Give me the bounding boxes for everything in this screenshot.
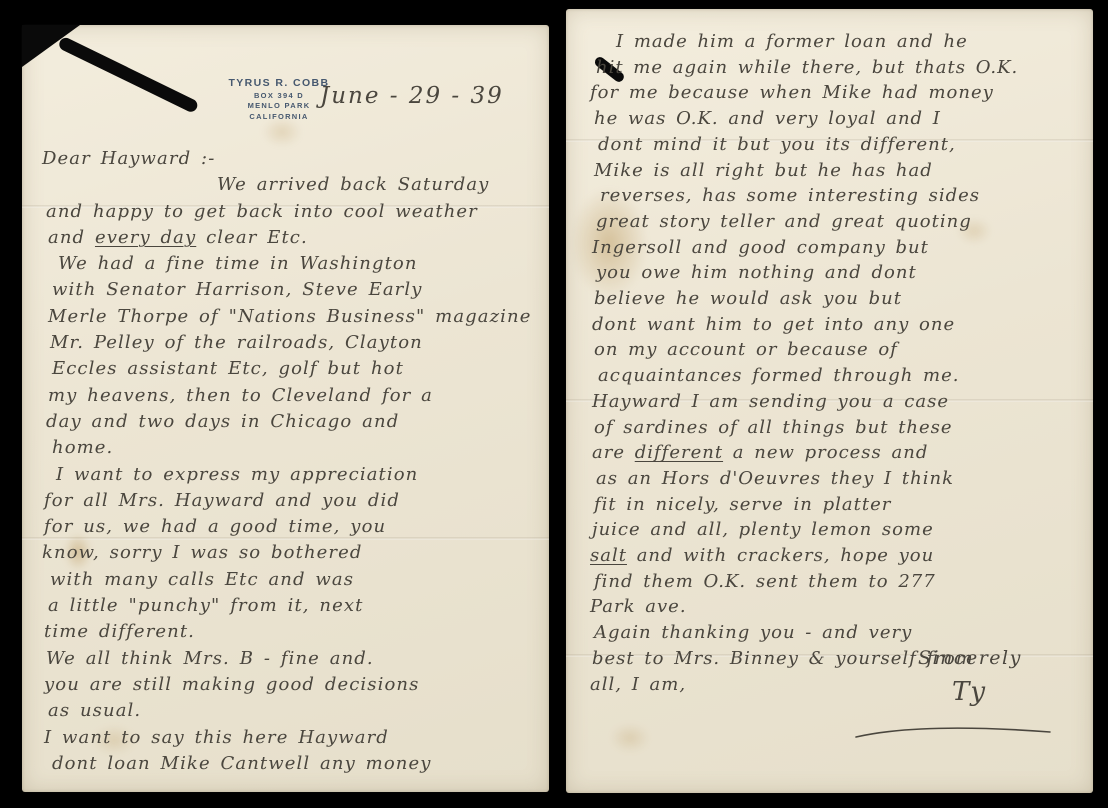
handwriting-line: Park ave. [590,594,1088,620]
handwriting-line: fit in nicely, serve in platter [594,492,1088,518]
handwriting-line: my heavens, then to Cleveland for a [48,383,542,409]
handwriting-line: juice and all, plenty lemon some [592,517,1088,543]
closing-sincerely: Sincerely [918,647,1022,669]
handwriting-line: Eccles assistant Etc, golf but hot [52,356,542,382]
handwriting-line: Hayward I am sending you a case [592,389,1088,415]
handwriting-line: We had a fine time in Washington [58,251,542,277]
handwriting-line: are different a new process and [592,440,1088,466]
letter-page-1: TYRUS R. COBB BOX 394 D MENLO PARK CALIF… [22,25,549,792]
handwriting-line: dont loan Mike Cantwell any money [52,751,542,777]
handwriting-line: dont mind it but you its different, [598,132,1088,158]
handwriting-line: for us, we had a good time, you [44,514,542,540]
handwriting-line: day and two days in Chicago and [46,409,542,435]
handwriting-line: Dear Hayward :- [42,146,542,172]
handwriting-line: he was O.K. and very loyal and I [594,106,1088,132]
handwriting-line: salt and with crackers, hope you [590,543,1088,569]
handwriting-line: you are still making good decisions [44,672,542,698]
handwriting-line: time different. [44,619,542,645]
handwriting-line: I want to express my appreciation [56,462,542,488]
handwriting-line: acquaintances formed through me. [598,363,1088,389]
handwriting-line: of sardines of all things but these [594,415,1088,441]
handwriting-line: I made him a former loan and he [616,29,1088,55]
page1-handwriting: Dear Hayward :-We arrived back Saturdaya… [42,146,542,777]
signature-flourish [854,721,1054,741]
handwriting-line: hit me again while there, but thats O.K. [596,55,1088,81]
handwriting-line: with Senator Harrison, Steve Early [52,277,542,303]
handwriting-line: great story teller and great quoting [596,209,1088,235]
handwriting-line: Mike is all right but he has had [594,158,1088,184]
letter-page-2: I made him a former loan and hehit me ag… [566,9,1093,793]
paper-stain [262,117,302,147]
handwriting-line: as usual. [48,698,542,724]
handwriting-line: home. [52,435,542,461]
handwriting-line: as an Hors d'Oeuvres they I think [596,466,1088,492]
handwriting-line: all, I am, [590,672,1088,698]
handwriting-line: on my account or because of [594,337,1088,363]
handwriting-line: know, sorry I was so bothered [42,540,542,566]
handwriting-line: I want to say this here Hayward [44,725,542,751]
handwriting-line: for all Mrs. Hayward and you did [44,488,542,514]
handwriting-line: Mr. Pelley of the railroads, Clayton [50,330,542,356]
handwriting-line: dont want him to get into any one [592,312,1088,338]
handwriting-line: Merle Thorpe of "Nations Business" magaz… [48,304,542,330]
handwriting-line: Ingersoll and good company but [592,235,1088,261]
signature: Ty [952,677,986,707]
handwriting-line: believe he would ask you but [594,286,1088,312]
paper-stain [610,723,650,753]
handwriting-line: a little "punchy" from it, next [48,593,542,619]
handwriting-line: you owe him nothing and dont [596,260,1088,286]
torn-corner-mark [22,25,80,67]
handwriting-line: and happy to get back into cool weather [46,199,542,225]
handwriting-line: We all think Mrs. B - fine and. [46,646,542,672]
tear-streak-mark [57,36,199,114]
page2-handwriting: I made him a former loan and hehit me ag… [588,29,1088,697]
handwriting-line: find them O.K. sent them to 277 [594,569,1088,595]
letter-photo: TYRUS R. COBB BOX 394 D MENLO PARK CALIF… [0,0,1108,808]
handwritten-date: June - 29 - 39 [320,83,504,109]
handwriting-line: We arrived back Saturday [217,172,542,198]
handwriting-line: reverses, has some interesting sides [600,183,1088,209]
letterhead-state: CALIFORNIA [214,112,344,121]
handwriting-line: Again thanking you - and very [594,620,1088,646]
handwriting-line: and every day clear Etc. [48,225,542,251]
handwriting-line: with many calls Etc and was [50,567,542,593]
handwriting-line: for me because when Mike had money [590,80,1088,106]
